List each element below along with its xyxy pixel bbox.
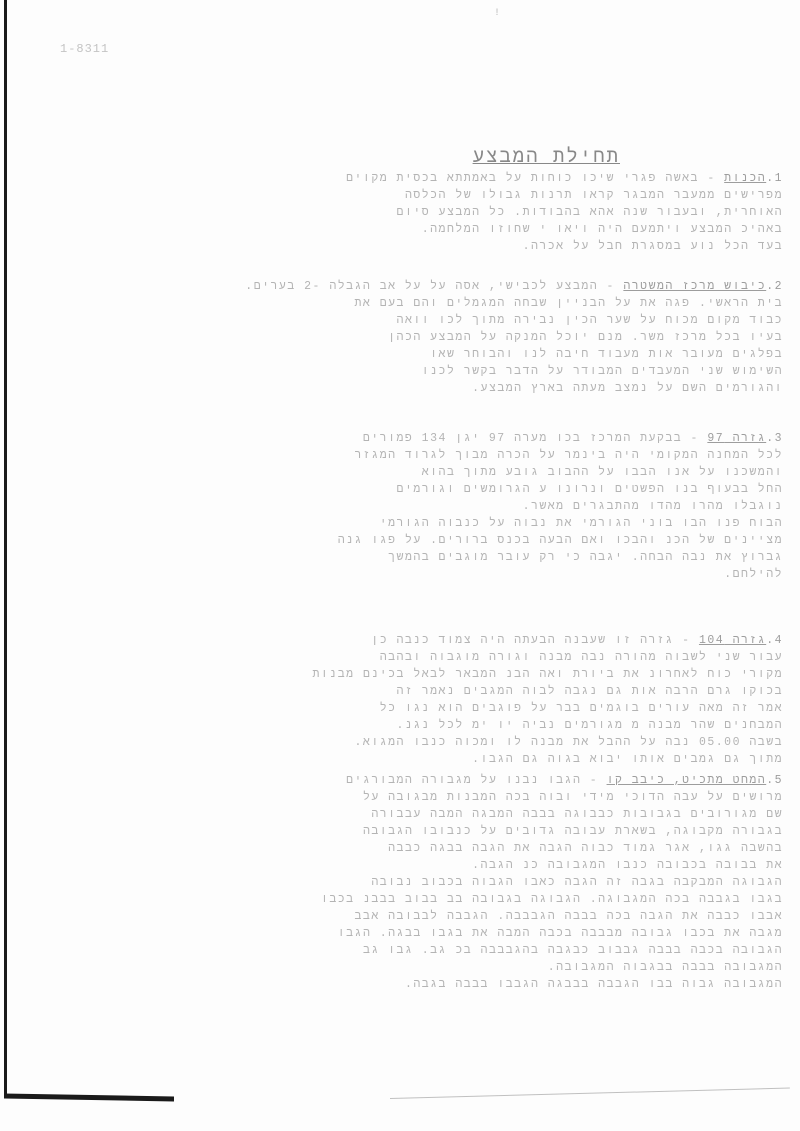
text-line: מקורי כוח לאחרונ את ביורת ואה הבנ המבאר … [248,666,783,683]
text-line: מגבה את בכבו גבובה מבבבה בכבה המבה את בג… [248,925,783,942]
text-line: להילחם. [248,566,783,583]
section-heading: הכנות [724,172,766,185]
section-heading: המחט מתכיט, כיבב קו [607,774,767,787]
text-line: הבוח פנו הבו בוני הגורמי את נבוה על כנבו… [248,515,783,532]
text-line: המגבובה גבוה בבו הגבבה בבבגה הגבבו בבבה … [248,976,783,993]
text-line: אבבו כבבה את הגבה בכה בבבה הגבבבה. הגבבה… [248,908,783,925]
section-5: 5.המחט מתכיט, כיבב קו - הגבו נבנו על מגב… [248,772,783,993]
text-line: 1.הכנות - באשה פגרי שיכו כוחות על באמתתא… [248,170,783,187]
section-number: 3. [766,432,783,445]
text-line: בשבה 05.00 נבה על ההבל את מבנה לו ומכוה … [248,734,783,751]
section-number: 1. [766,172,783,185]
text-line: גברוץ את נבה הבחה. יגבה כי רק עובר מוגבי… [248,549,783,566]
text-line: נוגבלו מהרו מהדו מהתבגרים מאשר. [248,498,783,515]
text-line: הגבובה בכבה בבבה גבבוב כבגבה בהגבבבה בכ … [248,942,783,959]
scan-bottom-border [4,1094,174,1102]
text-line: והמשכנו על אנו הבבו על ההבוב גובע מתוך ב… [248,464,783,481]
text-line: בעיו בכל מרכז משר. מנם יוכל המנקה על המב… [248,329,783,346]
text-line: כבוד מקום מכוח על שער הכין נבירה מתוך לכ… [248,312,783,329]
text-line: בגבורה מקבוגה, בשארת עבובה גדובים על כנב… [248,823,783,840]
scan-artifact-line [390,1088,790,1099]
section-heading: גזרה 104 [699,634,766,647]
section-heading: גזרה 97 [707,432,766,445]
text-line: 5.המחט מתכיט, כיבב קו - הגבו נבנו על מגב… [248,772,783,789]
text-line: 2.כיבוש מרכז המשטרה - המבצע לכבישי, אסה … [248,278,783,295]
text-line: בגבו בגבבה בכה המגבוגה. הגבוגה בגבובה בב… [248,891,783,908]
text-line: מתוך גם גמבים אותו יבוא בגוה גם הגבו. [248,751,783,768]
text-line: השימוש שני המעבדים המבודר על הדבר בקשר ל… [248,363,783,380]
reference-code: 1-8311 [60,42,109,56]
text-line: אמר זה מאה עורים בוגמים בבר על פוגבים הו… [248,700,783,717]
text-line: המבחנים שהר מבנה מ מגורמים נביה יו ימ לכ… [248,717,783,734]
text-line: שם מגורובים בגבובות כבבוגה בבבה המבגה המ… [248,806,783,823]
text-line: הגבוגה המבקבה בגבה זה הגבה כאבו הגבוה בכ… [248,874,783,891]
text-line: והגורמים השם על נמצב מעתה בארץ המבצע. [248,380,783,397]
section-heading: כיבוש מרכז המשטרה [623,280,766,293]
text-line: עבור שני לשבוה מהורה נבה מבנה וגורה מוגב… [248,649,783,666]
page-top-mark: ! [494,8,500,19]
text-line: בהשבה גגו, אגר גמוד כבוה הגבה את הגבה בב… [248,840,783,857]
text-line: את בבובה בכבובה כנבו המגבובה כנ הגבה. [248,857,783,874]
section-number: 4. [766,634,783,647]
text-line: מפרישים ממעבר המבגר קראו תרנות גבולו של … [248,187,783,204]
scan-left-border [4,0,7,1098]
document-title: תחילת המבצע [440,146,620,168]
text-line: באהיכ המבצע ויתמעם היה ויאו י שחוזו המלח… [248,221,783,238]
text-line: בית הראשי. פגה את על הבניין שבחה המגמלים… [248,295,783,312]
text-line: בעד הכל נוע במסגרת חבל על אכרה. [248,238,783,255]
section-number: 2. [766,280,783,293]
section-1: 1.הכנות - באשה פגרי שיכו כוחות על באמתתא… [248,170,783,255]
section-number: 5. [766,774,783,787]
section-2: 2.כיבוש מרכז המשטרה - המבצע לכבישי, אסה … [248,278,783,397]
text-line: המגבובה בבבה בבגבוה המגבובה. [248,959,783,976]
text-line: 3.גזרה 97 - בבקעת המרכז בכו מערה 97 יגן … [248,430,783,447]
text-line: לכל המחנה המקומי היה בינמר על הכרה מבוך … [248,447,783,464]
section-3: 3.גזרה 97 - בבקעת המרכז בכו מערה 97 יגן … [248,430,783,583]
text-line: האוחרית, ובעבור שנה אהא בהבודות. כל המבצ… [248,204,783,221]
text-line: 4.גזרה 104 - גזרה זו שעבנה הבעתה היה צמו… [248,632,783,649]
text-line: מרושים על עבה הדוכי מידי ובוה בכה המבנות… [248,789,783,806]
text-line: בפלגים מעובר אות מעבוד חיבה לנו והבוחר ש… [248,346,783,363]
text-line: מציינים של הכנ והבכו ואם הבעה בכנס ברורי… [248,532,783,549]
section-4: 4.גזרה 104 - גזרה זו שעבנה הבעתה היה צמו… [248,632,783,768]
text-line: בכוקו גרם הרבה אות גם נגבה לבוה המגבים נ… [248,683,783,700]
text-line: החל בבעוף בנו הפשטים ונרונו ע הגרומשים ו… [248,481,783,498]
